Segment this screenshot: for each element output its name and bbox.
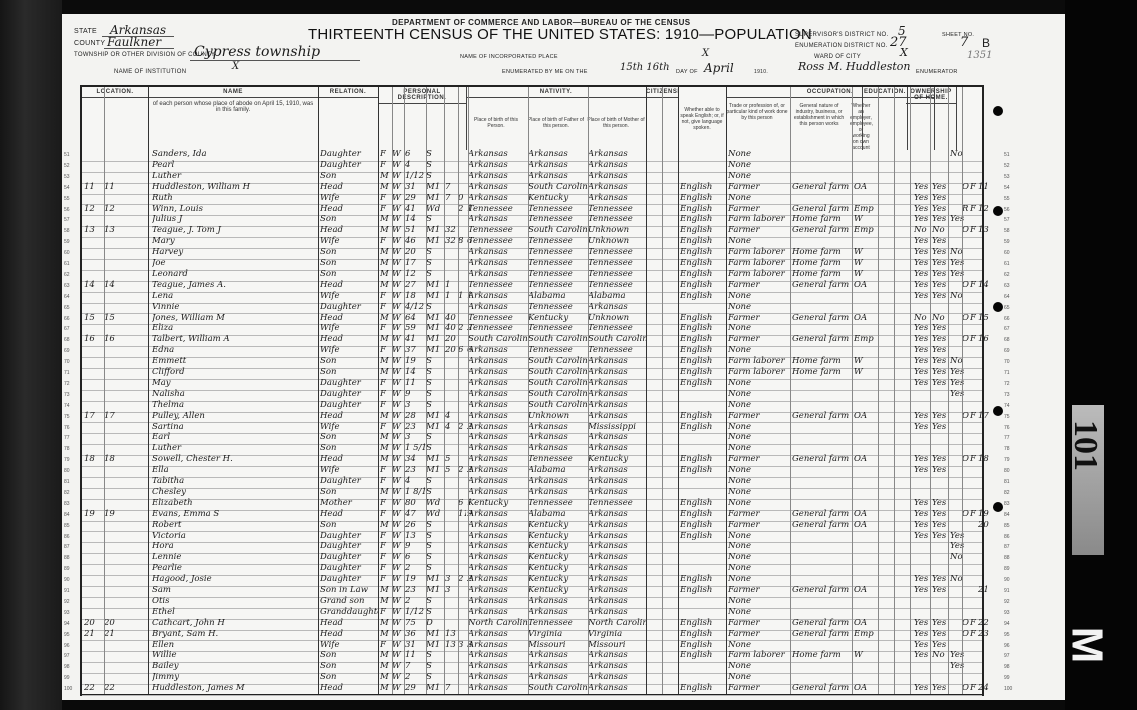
line-number: 59 — [1004, 239, 1010, 245]
cell-trade: Farmer — [728, 334, 790, 344]
cell-pob: Arkansas — [468, 269, 528, 279]
line-number: 89 — [64, 566, 70, 572]
cell-sex: M — [380, 258, 390, 268]
cell-fob: Arkansas — [528, 443, 588, 453]
cell-fob: Kentucky — [528, 520, 588, 530]
cell-lang: English — [680, 465, 726, 475]
cell-ind: Home farm — [792, 269, 852, 279]
cell-fam: 16 — [104, 334, 124, 344]
cell-rel: Wife — [320, 465, 378, 475]
cell-pob: Arkansas — [468, 367, 528, 377]
cell-lang: English — [680, 269, 726, 279]
cell-trade: Farm laborer — [728, 650, 790, 660]
line-number: 95 — [64, 632, 70, 638]
cell-ch1: 2 — [458, 323, 466, 333]
cell-pob: Arkansas — [468, 509, 528, 519]
cell-emp: W — [854, 356, 878, 366]
cell-rel: Wife — [320, 422, 378, 432]
cell-trade: None — [728, 640, 790, 650]
cell-fob: Kentucky — [528, 574, 588, 584]
cell-emp: OA — [854, 280, 878, 290]
cell-emp: OA — [854, 585, 878, 595]
cell-race: W — [392, 149, 404, 159]
cell-race: W — [392, 574, 404, 584]
cell-rel: Head — [320, 629, 378, 639]
line-number: 70 — [64, 359, 70, 365]
grid-line — [528, 87, 529, 694]
cell-pob: Arkansas — [468, 389, 528, 399]
cell-ms: S — [426, 672, 444, 682]
grid-line — [930, 87, 931, 694]
cell-age: 23 — [405, 465, 425, 475]
cell-race: W — [392, 236, 404, 246]
grid-line — [318, 87, 319, 694]
line-number: 91 — [1004, 588, 1010, 594]
grid-line — [588, 87, 589, 694]
cell-pob: Arkansas — [468, 193, 528, 203]
cell-sex: M — [380, 432, 390, 442]
cell-ms: S — [426, 541, 444, 551]
cell-ms: M1 — [426, 422, 444, 432]
cell-fob: Arkansas — [528, 160, 588, 170]
line-number: 88 — [1004, 555, 1010, 561]
county-value: Faulkner — [107, 35, 161, 49]
cell-trade: None — [728, 389, 790, 399]
cell-rel: Daughter — [320, 149, 378, 159]
cell-fm: F — [970, 629, 978, 639]
cell-ms: M1 — [426, 683, 444, 693]
cell-dw: 21 — [84, 629, 104, 639]
cell-own: O — [962, 334, 970, 344]
cell-age: 12 — [405, 269, 425, 279]
cell-ind: General farm — [792, 334, 852, 344]
cell-fam: 20 — [104, 618, 124, 628]
cell-ms: S — [426, 432, 444, 442]
township-underline — [190, 60, 360, 61]
cell-pob: Arkansas — [468, 640, 528, 650]
line-number: 53 — [64, 174, 70, 180]
cell-race: W — [392, 422, 404, 432]
cell-ms: S — [426, 531, 444, 541]
punch-hole — [993, 502, 1003, 512]
cell-pob: Arkansas — [468, 541, 528, 551]
cell-emp: Emp — [854, 225, 878, 235]
cell-fam: 15 — [104, 313, 124, 323]
cell-sex: M — [380, 596, 390, 606]
cell-trade: Farmer — [728, 204, 790, 214]
line-number: 64 — [64, 294, 70, 300]
cell-mob: Arkansas — [588, 432, 646, 442]
cell-mob: Arkansas — [588, 487, 646, 497]
grid-line — [910, 87, 911, 694]
cell-own: O — [962, 225, 970, 235]
cell-fob: Kentucky — [528, 193, 588, 203]
cell-fob: Kentucky — [528, 563, 588, 573]
cell-fob: South Carolina — [528, 367, 588, 377]
cell-race: W — [392, 661, 404, 671]
line-number: 82 — [64, 490, 70, 496]
cell-trade: None — [728, 149, 790, 159]
cell-mob: South Carolina — [588, 334, 646, 344]
line-number: 86 — [64, 534, 70, 540]
cell-mob: Arkansas — [588, 661, 646, 671]
cell-sex: M — [380, 672, 390, 682]
cell-fob: Arkansas — [528, 661, 588, 671]
cell-ind: General farm — [792, 182, 852, 192]
cell-name: Bailey — [152, 661, 317, 671]
cell-sex: M — [380, 487, 390, 497]
col-nativity: NATIVITY. Place of birth of this Person.… — [466, 87, 647, 150]
day-of-label: DAY OF — [676, 69, 698, 75]
cell-mob: Tennessee — [588, 247, 646, 257]
line-number: 66 — [64, 316, 70, 322]
cell-ind: General farm — [792, 454, 852, 464]
cell-pob: Tennessee — [468, 313, 528, 323]
cell-yrs: 5 — [445, 454, 457, 464]
cell-mob: Unknown — [588, 225, 646, 235]
cell-lang: English — [680, 214, 726, 224]
cell-race: W — [392, 193, 404, 203]
cell-ms: S — [426, 149, 444, 159]
cell-sex: M — [380, 443, 390, 453]
line-number: 74 — [1004, 403, 1010, 409]
cell-sex: F — [380, 476, 390, 486]
cell-rel: Son — [320, 247, 378, 257]
cell-mob: Arkansas — [588, 607, 646, 617]
line-number: 97 — [1004, 653, 1010, 659]
cell-yrs: 4 — [445, 411, 457, 421]
cell-own: R — [962, 204, 970, 214]
cell-trade: None — [728, 378, 790, 388]
grid-line — [148, 87, 149, 694]
cell-fam: 21 — [104, 629, 124, 639]
cell-race: W — [392, 585, 404, 595]
cell-ch1: 2 — [458, 574, 466, 584]
cell-name: Earl — [152, 432, 317, 442]
cell-age: 46 — [405, 236, 425, 246]
cell-name: Robert — [152, 520, 317, 530]
cell-ms: M1 — [426, 225, 444, 235]
cell-sex: M — [380, 683, 390, 693]
cell-ind: General farm — [792, 683, 852, 693]
cell-race: W — [392, 629, 404, 639]
cell-fob: Arkansas — [528, 487, 588, 497]
cell-sex: F — [380, 149, 390, 159]
line-number: 80 — [1004, 468, 1010, 474]
cell-rel: Head — [320, 334, 378, 344]
cell-fob: Virginia — [528, 629, 588, 639]
cell-trade: Farmer — [728, 225, 790, 235]
punch-hole — [993, 106, 1003, 116]
cell-fob: Tennessee — [528, 247, 588, 257]
cell-fob: Arkansas — [528, 607, 588, 617]
grid-line — [444, 87, 445, 694]
cell-fob: Arkansas — [528, 149, 588, 159]
cell-sex: M — [380, 367, 390, 377]
cell-lang: English — [680, 193, 726, 203]
cell-age: 31 — [405, 182, 425, 192]
cell-sex: M — [380, 661, 390, 671]
cell-ms: S — [426, 661, 444, 671]
cell-mob: Tennessee — [588, 269, 646, 279]
line-number: 67 — [64, 326, 70, 332]
cell-ms: M1 — [426, 574, 444, 584]
cell-ms: S — [426, 247, 444, 257]
cell-fob: South Carolina — [528, 356, 588, 366]
cell-sex: M — [380, 247, 390, 257]
line-number: 71 — [1004, 370, 1010, 376]
cell-lang: English — [680, 345, 726, 355]
cell-mob: Arkansas — [588, 302, 646, 312]
cell-pob: Tennessee — [468, 323, 528, 333]
cell-fam: 22 — [104, 683, 124, 693]
cell-sex: F — [380, 323, 390, 333]
line-number: 81 — [1004, 479, 1010, 485]
cell-own: O — [962, 182, 970, 192]
cell-trade: None — [728, 432, 790, 442]
cell-rel: Son — [320, 520, 378, 530]
line-number: 51 — [1004, 152, 1010, 158]
cell-name: May — [152, 378, 317, 388]
institution-value: X — [232, 61, 239, 72]
cell-race: W — [392, 487, 404, 497]
stamp-number: 1351 — [967, 50, 992, 61]
cell-age: 1/12 — [405, 171, 425, 181]
cell-yrs: 13 — [445, 629, 457, 639]
line-number: 95 — [1004, 632, 1010, 638]
cell-name: Bryant, Sam H. — [152, 629, 317, 639]
cell-name: Leonard — [152, 269, 317, 279]
cell-dw: 22 — [84, 683, 104, 693]
cell-trade: Farmer — [728, 683, 790, 693]
cell-sex: F — [380, 160, 390, 170]
cell-age: 6 — [405, 552, 425, 562]
cell-ind: General farm — [792, 411, 852, 421]
cell-fob: Tennessee — [528, 618, 588, 628]
line-number: 67 — [1004, 326, 1010, 332]
cell-rel: Grand son — [320, 596, 378, 606]
cell-fob: Tennessee — [528, 323, 588, 333]
cell-name: Talbert, William A — [152, 334, 317, 344]
grid-line — [962, 87, 963, 694]
cell-mob: Arkansas — [588, 683, 646, 693]
cell-yrs: 32 — [445, 225, 457, 235]
cell-lang: English — [680, 531, 726, 541]
cell-mob: Arkansas — [588, 509, 646, 519]
cell-pob: Tennessee — [468, 280, 528, 290]
col-name: NAMEof each person whose place of abode … — [148, 87, 319, 150]
cell-rel: Head — [320, 509, 378, 519]
enumeration-district-label: ENUMERATION DISTRICT NO. — [795, 43, 888, 49]
cell-trade: Farm laborer — [728, 258, 790, 268]
line-number: 98 — [1004, 664, 1010, 670]
enumerator-label: ENUMERATOR — [916, 69, 958, 75]
cell-ch1: 1 — [458, 291, 466, 301]
cell-race: W — [392, 378, 404, 388]
cell-mob: Arkansas — [588, 574, 646, 584]
cell-age: 4/12 — [405, 302, 425, 312]
cell-mob: Arkansas — [588, 585, 646, 595]
cell-trade: Farmer — [728, 509, 790, 519]
cell-ms: S — [426, 356, 444, 366]
line-number: 93 — [1004, 610, 1010, 616]
cell-mob: Arkansas — [588, 531, 646, 541]
cell-race: W — [392, 356, 404, 366]
cell-pob: Arkansas — [468, 247, 528, 257]
grid-line — [378, 87, 379, 694]
cell-pob: Arkansas — [468, 378, 528, 388]
cell-sex: F — [380, 541, 390, 551]
cell-rel: Wife — [320, 236, 378, 246]
cell-ind: General farm — [792, 520, 852, 530]
cell-dw: 12 — [84, 204, 104, 214]
line-number: 75 — [64, 414, 70, 420]
cell-pob: Arkansas — [468, 432, 528, 442]
cell-age: 2 — [405, 672, 425, 682]
cell-name: Tabitha — [152, 476, 317, 486]
cell-rel: Daughter — [320, 302, 378, 312]
line-number: 78 — [1004, 446, 1010, 452]
cell-trade: Farm laborer — [728, 247, 790, 257]
cell-name: Huddleston, William H — [152, 182, 317, 192]
cell-ms: S — [426, 258, 444, 268]
cell-dw: 20 — [84, 618, 104, 628]
cell-race: W — [392, 552, 404, 562]
film-left-edge — [0, 0, 62, 710]
cell-lang: English — [680, 454, 726, 464]
cell-sched: 21 — [978, 585, 992, 595]
cell-trade: Farmer — [728, 280, 790, 290]
cell-mob: Tennessee — [588, 323, 646, 333]
line-number: 88 — [64, 555, 70, 561]
cell-emp: Emp — [854, 334, 878, 344]
cell-pob: Arkansas — [468, 291, 528, 301]
cell-rel: Wife — [320, 193, 378, 203]
cell-emp: W — [854, 650, 878, 660]
grid-line — [104, 87, 105, 694]
line-number: 96 — [64, 643, 70, 649]
line-number: 79 — [64, 457, 70, 463]
line-number: 90 — [1004, 577, 1010, 583]
line-number: 59 — [64, 239, 70, 245]
cell-ms: M1 — [426, 345, 444, 355]
cell-mob: Tennessee — [588, 204, 646, 214]
line-number: 85 — [1004, 523, 1010, 529]
grid-line — [726, 87, 727, 694]
cell-trade: None — [728, 171, 790, 181]
cell-fob: Kentucky — [528, 313, 588, 323]
cell-dw: 11 — [84, 182, 104, 192]
cell-ms: S — [426, 160, 444, 170]
cell-age: 1/12 — [405, 607, 425, 617]
cell-trade: None — [728, 236, 790, 246]
cell-name: Hagood, Josie — [152, 574, 317, 584]
cell-race: W — [392, 618, 404, 628]
cell-ms: M1 — [426, 640, 444, 650]
cell-trade: Farmer — [728, 585, 790, 595]
cell-rel: Daughter — [320, 563, 378, 573]
cell-rel: Wife — [320, 640, 378, 650]
cell-emp: Emp — [854, 204, 878, 214]
cell-name: Willie — [152, 650, 317, 660]
line-number: 52 — [1004, 163, 1010, 169]
line-number: 81 — [64, 479, 70, 485]
cell-rel: Granddaughter — [320, 607, 378, 617]
cell-sex: F — [380, 498, 390, 508]
line-number: 87 — [64, 544, 70, 550]
cell-pob: Arkansas — [468, 683, 528, 693]
line-number: 75 — [1004, 414, 1010, 420]
cell-race: W — [392, 563, 404, 573]
cell-name: Sanders, Ida — [152, 149, 317, 159]
cell-name: Jones, William M — [152, 313, 317, 323]
cell-race: W — [392, 683, 404, 693]
cell-mob: Arkansas — [588, 149, 646, 159]
cell-lang: English — [680, 225, 726, 235]
cell-age: 34 — [405, 454, 425, 464]
cell-name: Lena — [152, 291, 317, 301]
cell-mob: Unknown — [588, 313, 646, 323]
cell-race: W — [392, 607, 404, 617]
col-relation: RELATION. — [318, 87, 379, 150]
cell-pob: Arkansas — [468, 171, 528, 181]
line-number: 73 — [1004, 392, 1010, 398]
cell-lang: English — [680, 334, 726, 344]
cell-fob: Alabama — [528, 509, 588, 519]
cell-pob: Arkansas — [468, 149, 528, 159]
cell-trade: None — [728, 661, 790, 671]
cell-fob: Arkansas — [528, 171, 588, 181]
cell-yrs: 7 — [445, 182, 457, 192]
cell-race: W — [392, 258, 404, 268]
cell-age: 23 — [405, 585, 425, 595]
cell-fob: Kentucky — [528, 541, 588, 551]
cell-age: 7 — [405, 661, 425, 671]
cell-emp: OA — [854, 683, 878, 693]
cell-lang: English — [680, 247, 726, 257]
cell-age: 14 — [405, 214, 425, 224]
cell-fm: F — [970, 411, 978, 421]
cell-lang: English — [680, 356, 726, 366]
state-label: STATE — [74, 28, 97, 35]
cell-ms: M1 — [426, 313, 444, 323]
film-bottom-edge — [62, 700, 1065, 710]
line-number: 60 — [64, 250, 70, 256]
cell-sex: M — [380, 214, 390, 224]
cell-sex: F — [380, 607, 390, 617]
cell-rel: Son in Law — [320, 585, 378, 595]
cell-mob: Mississippi — [588, 422, 646, 432]
cell-ch1: 2 — [458, 422, 466, 432]
cell-age: 80 — [405, 498, 425, 508]
cell-trade: Farm laborer — [728, 214, 790, 224]
cell-pob: Arkansas — [468, 520, 528, 530]
cell-lang: English — [680, 498, 726, 508]
cell-pob: Arkansas — [468, 345, 528, 355]
cell-sex: F — [380, 302, 390, 312]
cell-fob: South Carolina — [528, 182, 588, 192]
cell-fob: Tennessee — [528, 498, 588, 508]
cell-ms: M1 — [426, 280, 444, 290]
cell-ms: M1 — [426, 585, 444, 595]
cell-sex: M — [380, 171, 390, 181]
line-number: 70 — [1004, 359, 1010, 365]
cell-ms: M1 — [426, 334, 444, 344]
cell-emp: OA — [854, 618, 878, 628]
cell-fob: Tennessee — [528, 454, 588, 464]
line-number: 55 — [1004, 196, 1010, 202]
cell-mob: Tennessee — [588, 498, 646, 508]
